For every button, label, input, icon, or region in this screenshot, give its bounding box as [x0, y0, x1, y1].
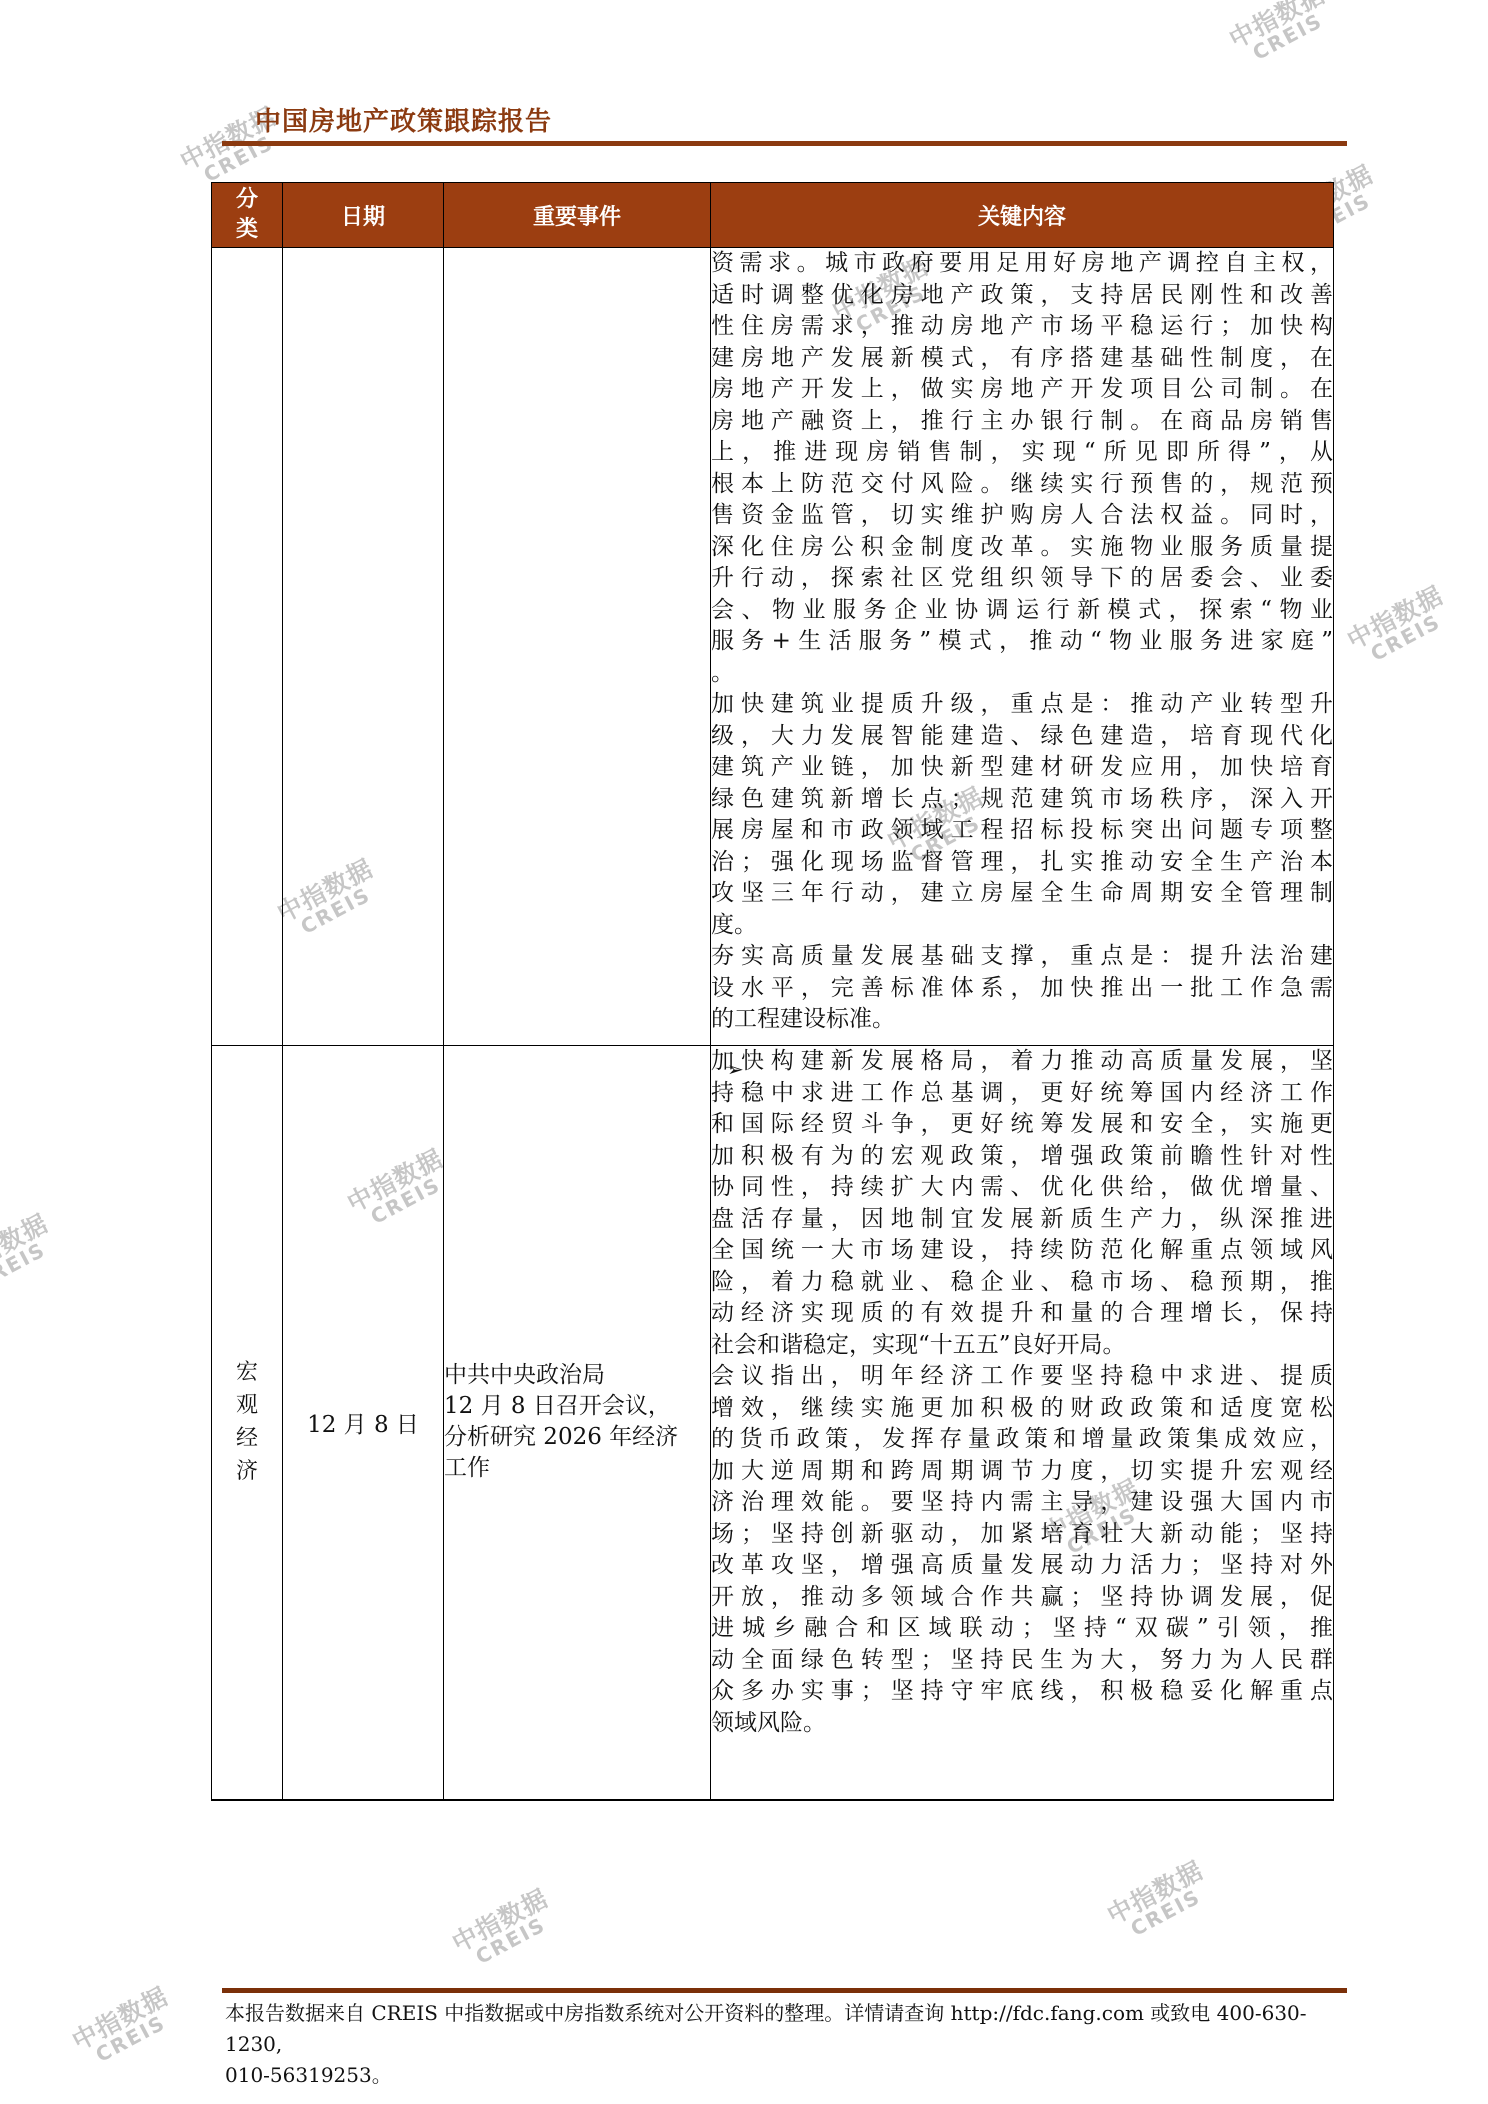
event-line: 分析研究 2026 年经济 — [444, 1422, 710, 1453]
footer-text: 本报告数据来自 CREIS 中指数据或中房指数系统对公开资料的整理。详情请查询 … — [225, 1998, 1360, 2091]
content-line: 夯实高质量发展基础支撑，重点是：提升法治建 — [711, 941, 1333, 973]
content-line: 和国际经贸斗争，更好统筹发展和安全，实施更 — [711, 1109, 1333, 1141]
key-content-cell: 资需求。城市政府要用足用好房地产调控自主权，适时调整优化房地产政策，支持居民刚性… — [711, 248, 1334, 1046]
event-cell — [444, 248, 711, 1046]
content-line: 。 — [711, 658, 1333, 690]
content-line: 会议指出，明年经济工作要坚持稳中求进、提质 — [711, 1361, 1333, 1393]
col-header-event: 重要事件 — [444, 183, 711, 248]
content-line: 售资金监管，切实维护购房人合法权益。同时， — [711, 500, 1333, 532]
content-line: 动经济实现质的有效提升和量的合理增长，保持 — [711, 1298, 1333, 1330]
list-arrow-bullet: ➢ — [727, 1057, 744, 1081]
report-page: 中指数据CREIS中指数据CREIS中指数据CREIS中指数据CREIS中指数据… — [0, 0, 1488, 2104]
content-line: 领域风险。 — [711, 1708, 1333, 1740]
col-header-date: 日期 — [283, 183, 444, 248]
content-line: 级，大力发展智能建造、绿色建造，培育现代化 — [711, 721, 1333, 753]
content-line: 展房屋和市政领域工程招标投标突出问题专项整 — [711, 815, 1333, 847]
content-line: 协同性，持续扩大内需、优化供给，做优增量、 — [711, 1172, 1333, 1204]
date-cell: 12 月 8 日 — [283, 1046, 444, 1800]
content-line: 险，着力稳就业、稳企业、稳市场、稳预期，推 — [711, 1267, 1333, 1299]
content-line: 加快建筑业提质升级，重点是：推动产业转型升 — [711, 689, 1333, 721]
policy-table: 分类 日期 重要事件 关键内容 资需求。城市政府要用足用好房地产调控自主权，适时… — [211, 182, 1334, 1801]
content-line: 加积极有为的宏观政策，增强政策前瞻性针对性 — [711, 1141, 1333, 1173]
policy-table-body: 资需求。城市政府要用足用好房地产调控自主权，适时调整优化房地产政策，支持居民刚性… — [212, 248, 1334, 1800]
content-line: 资需求。城市政府要用足用好房地产调控自主权， — [711, 248, 1333, 280]
content-line: 持稳中求进工作总基调，更好统筹国内经济工作 — [711, 1078, 1333, 1110]
category-label: 宏观经济 — [235, 1356, 259, 1488]
category-cell: 宏观经济 — [212, 1046, 283, 1800]
content-line: 加大逆周期和跨周期调节力度，切实提升宏观经 — [711, 1456, 1333, 1488]
content-line: 深化住房公积金制度改革。实施物业服务质量提 — [711, 532, 1333, 564]
event-line: 中共中央政治局 — [444, 1360, 710, 1391]
content-line: 攻坚三年行动，建立房屋全生命周期安全管理制 — [711, 878, 1333, 910]
content-line: 适时调整优化房地产政策，支持居民刚性和改善 — [711, 280, 1333, 312]
content-line: 建筑产业链，加快新型建材研发应用，加快培育 — [711, 752, 1333, 784]
category-cell — [212, 248, 283, 1046]
footer-line-1: 本报告数据来自 CREIS 中指数据或中房指数系统对公开资料的整理。详情请查询 … — [225, 1998, 1360, 2060]
table-header-row: 分类 日期 重要事件 关键内容 — [212, 183, 1334, 248]
content-line: 全国统一大市场建设，持续防范化解重点领域风 — [711, 1235, 1333, 1267]
content-line: 设水平，完善标准体系，加快推出一批工作急需 — [711, 973, 1333, 1005]
title-rule — [222, 141, 1347, 146]
content-line: 房地产融资上，推行主办银行制。在商品房销售 — [711, 406, 1333, 438]
content-line: 济治理效能。要坚持内需主导，建设强大国内市 — [711, 1487, 1333, 1519]
event-line: 12 月 8 日召开会议， — [444, 1391, 710, 1422]
content-line: 进城乡融合和区域联动；坚持“双碳”引领，推 — [711, 1613, 1333, 1645]
content-line: 房地产开发上，做实房地产开发项目公司制。在 — [711, 374, 1333, 406]
table-row: 宏观经济12 月 8 日中共中央政治局12 月 8 日召开会议，分析研究 202… — [212, 1046, 1334, 1800]
content-line: 会、物业服务企业协调运行新模式，探索“物业 — [711, 595, 1333, 627]
event-cell: 中共中央政治局12 月 8 日召开会议，分析研究 2026 年经济工作 — [444, 1046, 711, 1800]
col-header-key-content: 关键内容 — [711, 183, 1334, 248]
content-line: 盘活存量，因地制宜发展新质生产力，纵深推进 — [711, 1204, 1333, 1236]
event-line: 工作 — [444, 1453, 710, 1484]
content-line: 社会和谐稳定，实现“十五五”良好开局。 — [711, 1330, 1333, 1362]
content-line: 众多办实事；坚持守牢底线，积极稳妥化解重点 — [711, 1676, 1333, 1708]
content-line: 开放，推动多领域合作共赢；坚持协调发展，促 — [711, 1582, 1333, 1614]
content-line: 改革攻坚，增强高质量发展动力活力；坚持对外 — [711, 1550, 1333, 1582]
content-line: 的货币政策，发挥存量政策和增量政策集成效应， — [711, 1424, 1333, 1456]
content-line: 性住房需求，推动房地产市场平稳运行；加快构 — [711, 311, 1333, 343]
key-content-cell: ➢加快构建新发展格局，着力推动高质量发展，坚持稳中求进工作总基调，更好统筹国内经… — [711, 1046, 1334, 1800]
content-line: 治；强化现场监督管理，扎实推动安全生产治本 — [711, 847, 1333, 879]
content-line: 加快构建新发展格局，着力推动高质量发展，坚 — [711, 1046, 1333, 1078]
content-line: 服务+生活服务”模式，推动“物业服务进家庭” — [711, 626, 1333, 658]
content-line: 度。 — [711, 910, 1333, 942]
content-line: 建房地产发展新模式，有序搭建基础性制度，在 — [711, 343, 1333, 375]
table-row: 资需求。城市政府要用足用好房地产调控自主权，适时调整优化房地产政策，支持居民刚性… — [212, 248, 1334, 1046]
content-line: 升行动，探索社区党组织领导下的居委会、业委 — [711, 563, 1333, 595]
content-line: 的工程建设标准。 — [711, 1004, 1333, 1036]
content-line: 绿色建筑新增长点；规范建筑市场秩序，深入开 — [711, 784, 1333, 816]
col-header-category: 分类 — [212, 183, 283, 248]
content-line: 动全面绿色转型；坚持民生为大，努力为人民群 — [711, 1645, 1333, 1677]
content-line: 场；坚持创新驱动，加紧培育壮大新动能；坚持 — [711, 1519, 1333, 1551]
content-line: 增效，继续实施更加积极的财政政策和适度宽松 — [711, 1393, 1333, 1425]
content-line: 上，推进现房销售制，实现“所见即所得”，从 — [711, 437, 1333, 469]
page-content: 中国房地产政策跟踪报告 分类 日期 重要事件 关键内容 资需求。城市政府要 — [0, 0, 1488, 2104]
footer-line-2: 010-56319253。 — [225, 2060, 1360, 2091]
page-title: 中国房地产政策跟踪报告 — [255, 101, 552, 138]
content-line: 根本上防范交付风险。继续实行预售的，规范预 — [711, 469, 1333, 501]
date-cell — [283, 248, 444, 1046]
footer-rule — [222, 1988, 1347, 1993]
